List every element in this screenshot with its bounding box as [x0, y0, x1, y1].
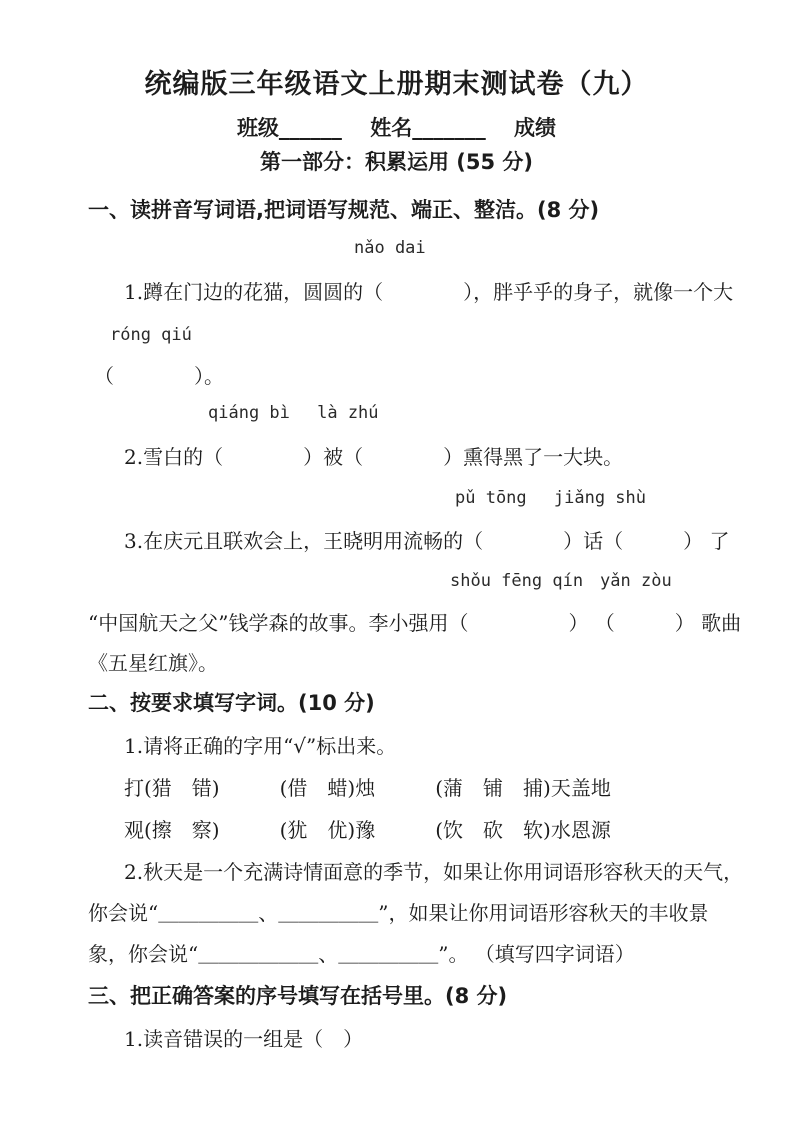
section2-question1-prompt: 1.请将正确的字用“√”标出来。 — [124, 732, 396, 760]
section3-heading: 三、把正确答案的序号填写在括号里。(8 分) — [88, 982, 507, 1010]
section1-question3-line1: 3.在庆元且联欢会上，王晓明用流畅的（ ）话（ ） 了 — [124, 527, 729, 555]
pinyin-qiang-bi-la-zhu: qiáng bì là zhú — [208, 402, 379, 424]
section2-question1-row1: 打(猎 错) (借 蜡)烛 (蒲 铺 捕)天盖地 — [124, 774, 611, 802]
pinyin-nao-dai: nǎo dai — [354, 237, 426, 259]
section3-question1-prompt: 1.读音错误的一组是（ ） — [124, 1025, 363, 1053]
section2-question1-row2: 观(擦 察) (犹 优)豫 (饮 砍 软)水恩源 — [124, 816, 611, 844]
section2-question2-line3: 象，你会说“＿＿＿＿＿＿、＿＿＿＿＿”。 （填写四字词语） — [88, 940, 635, 968]
section1-question2-line: 2.雪白的（ ）被（ ）熏得黑了一大块。 — [124, 443, 623, 471]
section1-heading: 一、读拼音写词语,把词语写规范、端正、整洁。(8 分) — [88, 196, 599, 224]
paper-title: 统编版三年级语文上册期末测试卷（九） — [0, 68, 793, 102]
pinyin-rong-qiu: róng qiú — [110, 324, 192, 346]
section2-question2-line2: 你会说“＿＿＿＿＿、＿＿＿＿＿”，如果让你用词语形容秋天的丰收景 — [88, 899, 708, 927]
pinyin-shou-feng-qin-yan-zou: shǒu fēng qín yǎn zòu — [450, 570, 672, 592]
section2-heading: 二、按要求填写字词。(10 分) — [88, 689, 375, 717]
section1-question1-line2: （ ）。 — [94, 362, 224, 390]
exam-paper-page: 统编版三年级语文上册期末测试卷（九） 班级______ 姓名_______ 成绩… — [0, 0, 793, 1122]
student-info-line: 班级______ 姓名_______ 成绩 — [0, 114, 793, 142]
section2-question2-line1: 2.秋天是一个充满诗情面意的季节，如果让你用词语形容秋天的天气， — [124, 858, 743, 886]
pinyin-pu-tong-jiang-shu: pǔ tōng jiǎng shù — [455, 487, 646, 509]
section1-question3-line2: “中国航天之父”钱学森的故事。李小强用（ ） （ ） 歌曲 — [88, 609, 741, 637]
section1-question1-line1: 1.蹲在门边的花猫，圆圆的（ ），胖乎乎的身子，就像一个大 — [124, 278, 733, 306]
part1-heading: 第一部分：积累运用 (55 分) — [0, 148, 793, 176]
section1-question3-line3: 《五星红旗》。 — [88, 649, 218, 677]
